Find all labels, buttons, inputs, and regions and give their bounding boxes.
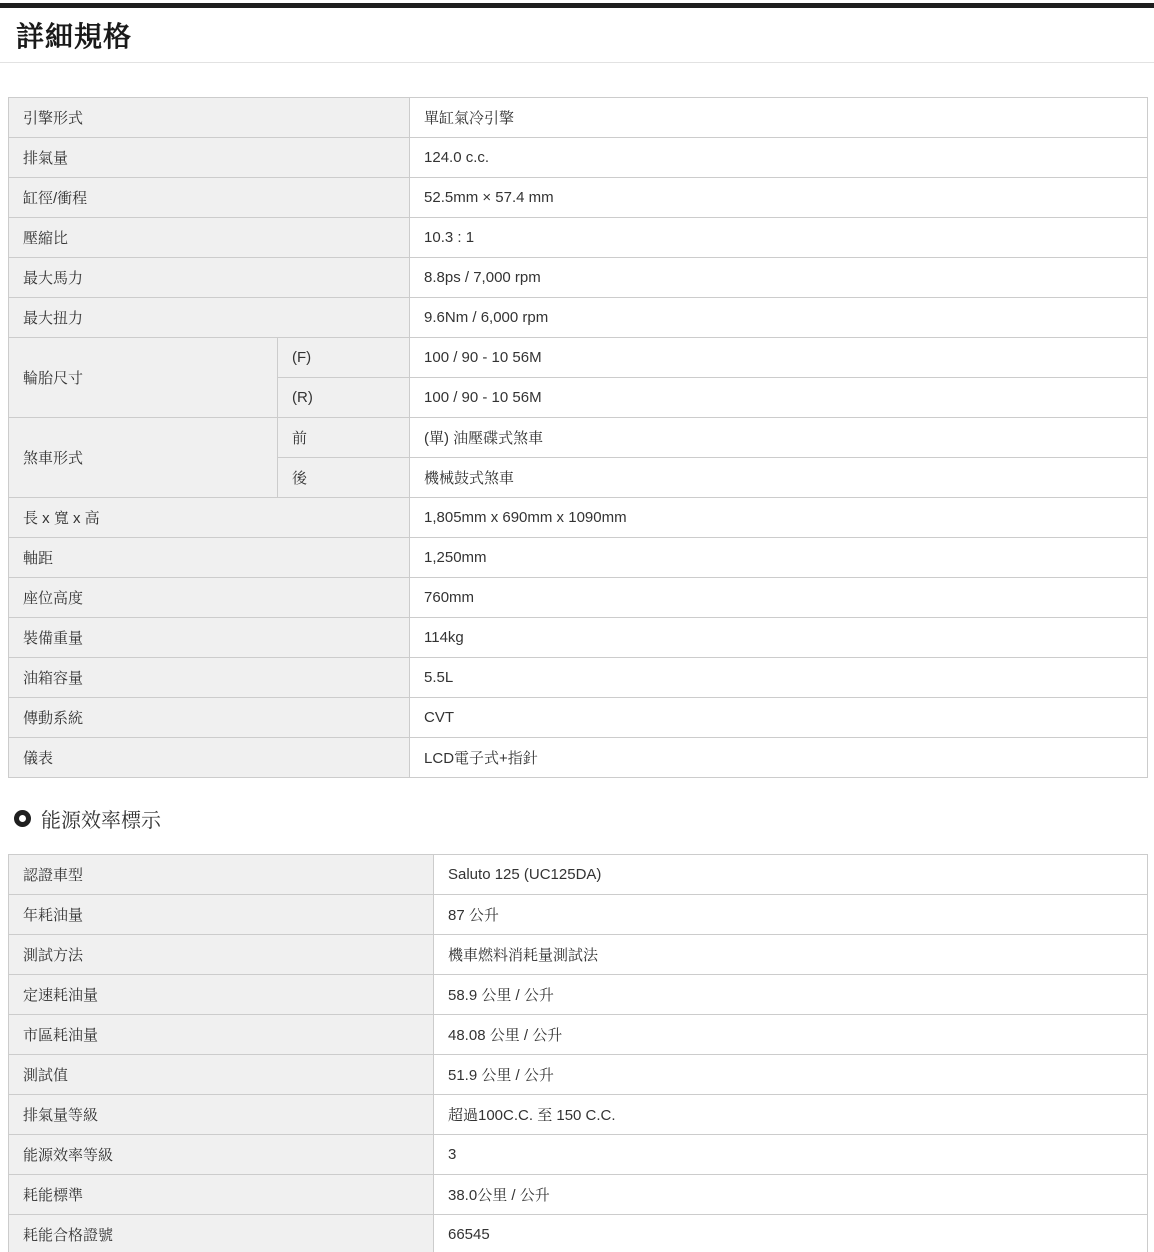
spec-label-cell: 最大馬力 — [9, 258, 410, 298]
spec-label-cell-tire: 輪胎尺寸 — [9, 338, 278, 418]
table-row: 缸徑/衝程 52.5mm × 57.4 mm — [9, 178, 1148, 218]
spec-label-cell: 長 x 寬 x 高 — [9, 498, 410, 538]
spec-value-cell: 100 / 90 - 10 56M — [410, 338, 1148, 378]
page-title: 詳細規格 — [16, 22, 1138, 52]
table-row: 座位高度 760mm — [9, 578, 1148, 618]
table-row: 認證車型 Saluto 125 (UC125DA) — [9, 855, 1148, 895]
spec-label-cell: 油箱容量 — [9, 658, 410, 698]
energy-value-cell: 66545 — [434, 1215, 1148, 1252]
energy-label-cell: 定速耗油量 — [9, 975, 434, 1015]
table-row: 定速耗油量 58.9 公里 / 公升 — [9, 975, 1148, 1015]
table-row: 引擎形式 單缸氣冷引擎 — [9, 98, 1148, 138]
table-row: 排氣量 124.0 c.c. — [9, 138, 1148, 178]
energy-section-heading: 能源效率標示 — [14, 800, 1154, 836]
spec-sublabel-cell-front: (F) — [278, 338, 410, 378]
energy-value-cell: 51.9 公里 / 公升 — [434, 1055, 1148, 1095]
table-row: 能源效率等級 3 — [9, 1135, 1148, 1175]
table-row: 長 x 寬 x 高 1,805mm x 690mm x 1090mm — [9, 498, 1148, 538]
page-header: 詳細規格 — [0, 8, 1154, 63]
spec-value-cell: 單缸氣冷引擎 — [410, 98, 1148, 138]
energy-value-cell: 58.9 公里 / 公升 — [434, 975, 1148, 1015]
spec-value-cell: 114kg — [410, 618, 1148, 658]
energy-table: 認證車型 Saluto 125 (UC125DA) 年耗油量 87 公升 測試方… — [8, 854, 1148, 1252]
energy-label-cell: 耗能標準 — [9, 1175, 434, 1215]
energy-value-cell: 3 — [434, 1135, 1148, 1175]
energy-label-cell: 認證車型 — [9, 855, 434, 895]
spec-sublabel-cell-rear: 後 — [278, 458, 410, 498]
energy-label-cell: 年耗油量 — [9, 895, 434, 935]
spec-value-cell: 1,250mm — [410, 538, 1148, 578]
spec-value-cell: 124.0 c.c. — [410, 138, 1148, 178]
spec-value-cell: 機械鼓式煞車 — [410, 458, 1148, 498]
table-row: 傳動系統 CVT — [9, 698, 1148, 738]
energy-section-title: 能源效率標示 — [41, 804, 161, 833]
spec-value-cell: 9.6Nm / 6,000 rpm — [410, 298, 1148, 338]
spec-label-cell: 軸距 — [9, 538, 410, 578]
table-row: 測試方法 機車燃料消耗量測試法 — [9, 935, 1148, 975]
table-row: 壓縮比 10.3 : 1 — [9, 218, 1148, 258]
energy-label-cell: 測試方法 — [9, 935, 434, 975]
spec-value-cell: CVT — [410, 698, 1148, 738]
table-row-brake-front: 煞車形式 前 (單) 油壓碟式煞車 — [9, 418, 1148, 458]
spec-sublabel-cell-rear: (R) — [278, 378, 410, 418]
spec-label-cell-brake: 煞車形式 — [9, 418, 278, 498]
table-row: 市區耗油量 48.08 公里 / 公升 — [9, 1015, 1148, 1055]
spec-value-cell: 10.3 : 1 — [410, 218, 1148, 258]
table-row: 儀表 LCD電子式+指針 — [9, 738, 1148, 778]
spec-label-cell: 缸徑/衝程 — [9, 178, 410, 218]
spec-value-cell: 5.5L — [410, 658, 1148, 698]
energy-label-cell: 耗能合格證號 — [9, 1215, 434, 1252]
spec-sublabel-cell-front: 前 — [278, 418, 410, 458]
energy-label-cell: 測試值 — [9, 1055, 434, 1095]
spec-label-cell: 引擎形式 — [9, 98, 410, 138]
energy-value-cell: 87 公升 — [434, 895, 1148, 935]
table-row: 排氣量等級 超過100C.C. 至 150 C.C. — [9, 1095, 1148, 1135]
spec-value-cell: LCD電子式+指針 — [410, 738, 1148, 778]
table-row: 裝備重量 114kg — [9, 618, 1148, 658]
table-row: 油箱容量 5.5L — [9, 658, 1148, 698]
spec-value-cell: (單) 油壓碟式煞車 — [410, 418, 1148, 458]
table-row: 年耗油量 87 公升 — [9, 895, 1148, 935]
spec-label-cell: 傳動系統 — [9, 698, 410, 738]
ring-bullet-icon — [14, 810, 31, 827]
table-row: 軸距 1,250mm — [9, 538, 1148, 578]
spec-label-cell: 壓縮比 — [9, 218, 410, 258]
spec-value-cell: 1,805mm x 690mm x 1090mm — [410, 498, 1148, 538]
spec-table: 引擎形式 單缸氣冷引擎 排氣量 124.0 c.c. 缸徑/衝程 52.5mm … — [8, 97, 1148, 778]
energy-value-cell: 超過100C.C. 至 150 C.C. — [434, 1095, 1148, 1135]
spec-label-cell: 排氣量 — [9, 138, 410, 178]
energy-label-cell: 能源效率等級 — [9, 1135, 434, 1175]
energy-value-cell: 機車燃料消耗量測試法 — [434, 935, 1148, 975]
table-row-tire-front: 輪胎尺寸 (F) 100 / 90 - 10 56M — [9, 338, 1148, 378]
spec-value-cell: 52.5mm × 57.4 mm — [410, 178, 1148, 218]
table-row: 耗能合格證號 66545 — [9, 1215, 1148, 1252]
table-row: 最大馬力 8.8ps / 7,000 rpm — [9, 258, 1148, 298]
table-row: 測試值 51.9 公里 / 公升 — [9, 1055, 1148, 1095]
energy-label-cell: 排氣量等級 — [9, 1095, 434, 1135]
spec-value-cell: 100 / 90 - 10 56M — [410, 378, 1148, 418]
table-row: 耗能標準 38.0公里 / 公升 — [9, 1175, 1148, 1215]
spec-value-cell: 8.8ps / 7,000 rpm — [410, 258, 1148, 298]
spec-label-cell: 座位高度 — [9, 578, 410, 618]
energy-label-cell: 市區耗油量 — [9, 1015, 434, 1055]
spec-label-cell: 最大扭力 — [9, 298, 410, 338]
energy-value-cell: 48.08 公里 / 公升 — [434, 1015, 1148, 1055]
energy-value-cell: 38.0公里 / 公升 — [434, 1175, 1148, 1215]
spec-label-cell: 儀表 — [9, 738, 410, 778]
table-row: 最大扭力 9.6Nm / 6,000 rpm — [9, 298, 1148, 338]
spec-label-cell: 裝備重量 — [9, 618, 410, 658]
energy-value-cell: Saluto 125 (UC125DA) — [434, 855, 1148, 895]
spec-value-cell: 760mm — [410, 578, 1148, 618]
